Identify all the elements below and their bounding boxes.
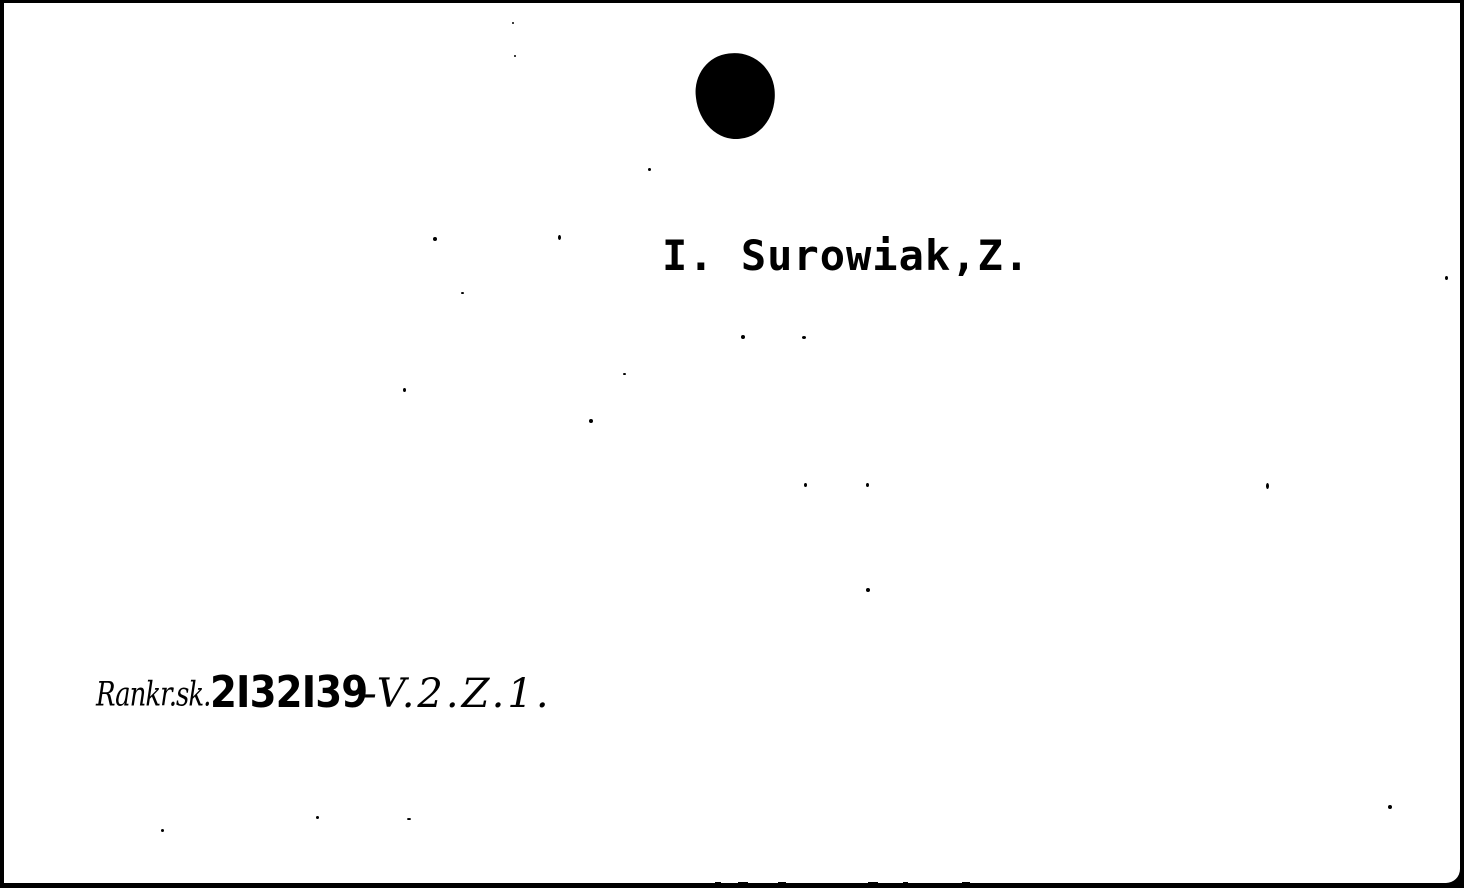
scan-edge-mark xyxy=(738,882,748,885)
scan-speck xyxy=(802,336,806,339)
scan-speck xyxy=(403,388,406,392)
scan-speck xyxy=(623,373,626,375)
scan-speck xyxy=(558,235,561,240)
typed-initial: I. xyxy=(662,231,715,280)
typed-name-entry: I. Surowiak,Z. xyxy=(662,235,1030,277)
scan-edge-mark xyxy=(903,882,908,885)
reference-prefix: Rankr.sk. xyxy=(96,678,210,712)
typed-surname: Surowiak, xyxy=(741,231,978,280)
scan-speck xyxy=(512,22,514,24)
scan-speck xyxy=(589,419,593,423)
scan-speck xyxy=(866,588,870,592)
scan-speck xyxy=(316,816,319,819)
index-card: I. Surowiak,Z. Rankr.sk.2I32I39-V.2.Z.1. xyxy=(4,3,1460,883)
scan-edge-mark xyxy=(868,882,878,885)
scan-edge-mark xyxy=(778,882,786,885)
scan-edge-mark xyxy=(715,882,721,885)
scan-edge-mark xyxy=(962,882,970,885)
scan-speck xyxy=(1388,805,1392,809)
punch-hole xyxy=(692,49,780,143)
handwritten-reference: Rankr.sk.2I32I39-V.2.Z.1. xyxy=(96,671,552,715)
typed-given-initial: Z. xyxy=(977,231,1030,280)
scan-speck xyxy=(804,483,807,487)
scan-speck xyxy=(1266,483,1269,489)
scan-speck xyxy=(461,292,464,294)
scan-speck xyxy=(741,335,745,339)
scan-speck xyxy=(514,55,516,57)
scan-speck xyxy=(433,237,437,241)
scan-speck xyxy=(1445,276,1448,280)
scan-speck xyxy=(161,829,164,832)
reference-number: 2I32I39 xyxy=(210,671,367,715)
scan-speck xyxy=(866,483,869,487)
scan-speck xyxy=(648,168,651,171)
reference-suffix: -V.2.Z.1. xyxy=(363,674,551,714)
scan-speck xyxy=(407,818,411,820)
